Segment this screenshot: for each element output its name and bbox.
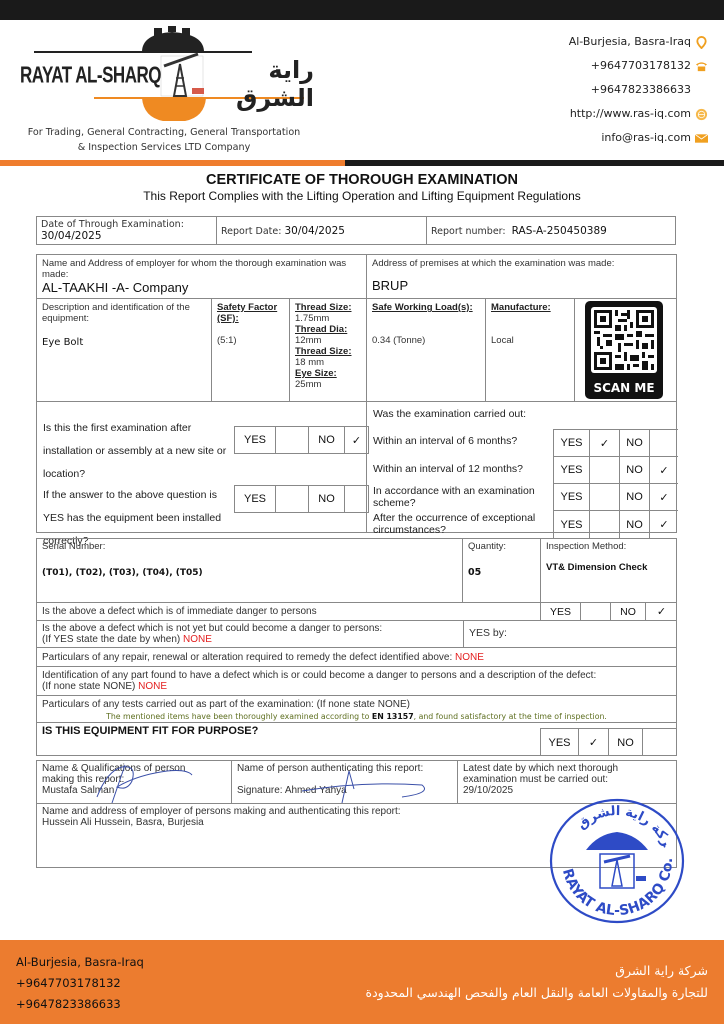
installed-correctly-no-label: NO — [309, 486, 345, 512]
footer-address: Al-Burjesia, Basra-Iraq — [16, 952, 144, 973]
signature-mark-icon — [292, 765, 432, 805]
thread-size-2-label: Thread Size: — [295, 346, 361, 357]
manufacture-cell: Manufacture: Local — [485, 298, 575, 402]
location-pin-icon — [695, 36, 708, 49]
swl-label: Safe Working Load(s): — [372, 302, 480, 313]
address-text: Al-Burjesia, Basra-Iraq — [569, 34, 691, 50]
inspection-method-value: VT& Dimension Check — [546, 562, 671, 573]
report-date-value: 30/04/2025 — [284, 225, 345, 237]
yes-by-cell: YES by: — [463, 620, 677, 648]
exceptional-circumstances-no-checkbox[interactable]: ✓ — [650, 511, 678, 538]
first-examination-answer: YES NO ✓ — [234, 426, 369, 454]
examination-form: Name and Address of employer for whom th… — [36, 254, 677, 870]
quantity-label: Quantity: — [468, 541, 535, 552]
interval-6-months-answer: YES ✓ NO — [554, 430, 678, 457]
tagline-line-2: & Inspection Services LTD Company — [14, 140, 314, 155]
company-tagline: For Trading, General Contracting, Genera… — [14, 125, 314, 155]
repair-label: Particulars of any repair, renewal or al… — [42, 652, 452, 663]
identification-value: NONE — [138, 681, 167, 692]
equipment-description-value: Eye Bolt — [42, 337, 206, 348]
company-logo: RAYAT AL-SHARQ راية الشرق — [14, 26, 314, 121]
yes-label: YES — [554, 430, 590, 456]
yes-label: YES — [554, 484, 590, 510]
next-examination-date: 29/10/2025 — [463, 785, 671, 796]
contact-phone-2[interactable]: +9647823386633 — [569, 78, 708, 102]
tests-value-text-end: , and found satisfactory at the time of … — [414, 712, 607, 721]
potential-danger-hint: (If YES state the date by when) — [42, 634, 180, 645]
fit-for-purpose-no-checkbox[interactable] — [643, 729, 677, 756]
tests-standard: EN 13157 — [372, 712, 414, 721]
employer-label: Name and Address of employer for whom th… — [42, 258, 361, 280]
footer-phone-2[interactable]: +9647823386633 — [16, 994, 144, 1015]
website-link[interactable]: http://www.ras-iq.com — [570, 106, 691, 122]
report-number-value: RAS-A-250450389 — [512, 225, 607, 237]
first-examination-yes-checkbox[interactable] — [276, 427, 309, 453]
premises-label: Address of premises at which the examina… — [372, 258, 671, 269]
yes-label: YES — [554, 457, 590, 483]
interval-6-months-yes-checkbox[interactable]: ✓ — [590, 430, 620, 456]
report-maker-cell: Name & Qualifications of person making t… — [36, 760, 232, 804]
company-stamp-icon: RAYAT AL-SHARQ Co. شركة راية الشرق — [548, 798, 686, 924]
yes-by-label: YES by: — [469, 628, 671, 639]
no-label: NO — [611, 602, 646, 621]
tests-label: Particulars of any tests carried out as … — [42, 699, 671, 710]
immediate-danger-no-checkbox[interactable]: ✓ — [646, 602, 677, 621]
equipment-description-label: Description and identification of the eq… — [42, 302, 206, 324]
safety-factor-cell: Safety Factor (SF): (5:1) — [211, 298, 290, 402]
phone-1-text[interactable]: +9647703178132 — [591, 58, 691, 74]
repair-value: NONE — [455, 652, 484, 663]
pump-jack-icon — [161, 54, 204, 96]
immediate-danger-yes-checkbox[interactable] — [581, 602, 611, 621]
identification-row: Identification of any part found to have… — [36, 666, 677, 696]
first-examination-no-label: NO — [309, 427, 345, 453]
top-bar — [0, 0, 724, 20]
employer-value: AL-TAAKHI -A- Company — [42, 280, 361, 295]
quantity-cell: Quantity: 05 — [462, 538, 541, 603]
thread-size-label: Thread Size: — [295, 302, 361, 313]
tests-row: Particulars of any tests carried out as … — [36, 695, 677, 723]
tagline-line-1: For Trading, General Contracting, Genera… — [14, 125, 314, 140]
exceptional-circumstances-yes-checkbox[interactable] — [590, 511, 620, 538]
examination-date-value: 30/04/2025 — [41, 230, 102, 242]
first-examination-no-checkbox[interactable]: ✓ — [345, 427, 368, 453]
serial-number-cell: Serial Number: (T01), (T02), (T03), (T04… — [36, 538, 463, 603]
telephone-icon — [695, 60, 708, 73]
yes-label: YES — [541, 729, 579, 756]
contact-website[interactable]: http://www.ras-iq.com — [569, 102, 708, 126]
report-number-label: Report number: — [431, 226, 506, 237]
interval-6-months-question: Within an interval of 6 months? — [373, 430, 517, 453]
identification-hint: (If none state NONE) — [42, 681, 135, 692]
potential-danger-cell: Is the above a defect which is not yet b… — [36, 620, 464, 648]
first-examination-section: Is this the first examination after inst… — [36, 401, 367, 533]
installed-correctly-answer: YES NO — [234, 485, 369, 513]
safety-factor-label: Safety Factor (SF): — [217, 302, 284, 324]
header-divider-dark — [345, 160, 724, 166]
installed-correctly-no-checkbox[interactable] — [345, 486, 368, 512]
yes-label: YES — [554, 511, 590, 538]
report-number-cell: Report number: RAS-A-250450389 — [427, 217, 676, 245]
report-info-table: Date of Through Examination: 30/04/2025 … — [36, 216, 676, 245]
header-divider-orange — [0, 160, 345, 166]
thread-dia-label: Thread Dia: — [295, 324, 361, 335]
contact-email[interactable]: info@ras-iq.com — [569, 126, 708, 150]
employer-cell: Name and Address of employer for whom th… — [36, 254, 367, 299]
qr-code[interactable]: SCAN ME — [585, 301, 663, 399]
logo-arabic-text: راية الشرق — [210, 56, 314, 112]
interval-6-months-no-checkbox[interactable] — [650, 430, 678, 456]
no-label: NO — [609, 729, 643, 756]
swl-value: 0.34 (Tonne) — [372, 335, 480, 346]
report-date-label: Report Date: — [221, 226, 281, 237]
authenticator-cell: Name of person authenticating this repor… — [231, 760, 458, 804]
yes-label: YES — [541, 602, 581, 621]
repair-row: Particulars of any repair, renewal or al… — [36, 647, 677, 667]
examination-scheme-answer: YES NO ✓ — [554, 484, 678, 511]
examination-interval-section: Was the examination carried out: Within … — [366, 401, 677, 533]
certificate-subtitle: This Report Complies with the Lifting Op… — [0, 189, 724, 203]
premises-value: BRUP — [372, 278, 671, 293]
certificate-title: CERTIFICATE OF THOROUGH EXAMINATION — [0, 172, 724, 188]
potential-danger-label: Is the above a defect which is not yet b… — [42, 623, 458, 634]
examination-scheme-no-checkbox[interactable]: ✓ — [650, 484, 678, 510]
inspection-method-label: Inspection Method: — [546, 541, 671, 552]
exceptional-circumstances-question: After the occurrence of exceptional circ… — [373, 512, 553, 536]
email-link[interactable]: info@ras-iq.com — [601, 130, 691, 146]
footer-arabic-name: شركة راية الشرق للتجارة والمقاولات العام… — [366, 960, 708, 1004]
no-label: NO — [620, 484, 650, 510]
examination-date-cell: Date of Through Examination: 30/04/2025 — [37, 217, 217, 245]
eye-size-label: Eye Size: — [295, 368, 361, 379]
footer-arabic-line-1: شركة راية الشرق — [366, 960, 708, 982]
premises-cell: Address of premises at which the examina… — [366, 254, 677, 299]
manufacture-value: Local — [491, 335, 569, 346]
safety-factor-value: (5:1) — [217, 335, 284, 346]
interval-12-months-yes-checkbox[interactable] — [590, 457, 620, 483]
footer-arabic-line-2: للتجارة والمقاولات العامة والنقل العام و… — [366, 982, 708, 1004]
manufacture-label: Manufacture: — [491, 302, 569, 313]
contact-address: Al-Burjesia, Basra-Iraq — [569, 30, 708, 54]
potential-danger-value: NONE — [183, 634, 212, 645]
exceptional-circumstances-answer: YES NO ✓ — [554, 511, 678, 538]
examination-date-label: Date of Through Examination: — [41, 219, 184, 230]
envelope-icon — [695, 132, 708, 145]
examination-scheme-question: In accordance with an examination scheme… — [373, 485, 553, 509]
no-label: NO — [620, 511, 650, 538]
next-examination-label: Latest date by which next thorough exami… — [463, 763, 653, 785]
tests-value-text: The mentioned items have been thoroughly… — [106, 712, 369, 721]
scan-me-label: SCAN ME — [585, 381, 663, 395]
interval-12-months-no-checkbox[interactable]: ✓ — [650, 457, 678, 483]
report-date-cell: Report Date: 30/04/2025 — [217, 217, 427, 245]
identification-label: Identification of any part found to have… — [42, 670, 671, 681]
thread-size-2-value: 18 mm — [295, 357, 361, 368]
interval-12-months-answer: YES NO ✓ — [554, 457, 678, 484]
no-label: NO — [620, 430, 650, 456]
equipment-description-cell: Description and identification of the eq… — [36, 298, 212, 402]
phone-2-text[interactable]: +9647823386633 — [591, 82, 691, 98]
first-examination-yes-label: YES — [235, 427, 276, 453]
eye-size-value: 25mm — [295, 379, 361, 390]
thread-specs-cell: Thread Size: 1.75mm Thread Dia: 12mm Thr… — [289, 298, 367, 402]
serial-number-label: Serial Number: — [42, 541, 457, 552]
footer-contacts: Al-Burjesia, Basra-Iraq +9647703178132 +… — [16, 952, 144, 1015]
interval-answers-grid: YES ✓ NO YES NO ✓ YES NO ✓ YES NO — [553, 429, 678, 538]
installed-correctly-yes-label: YES — [235, 486, 276, 512]
immediate-danger-answer: YES NO ✓ — [540, 602, 677, 621]
tests-value: The mentioned items have been thoroughly… — [42, 712, 671, 721]
examination-interval-heading: Was the examination carried out: — [373, 408, 526, 420]
thread-dia-value: 12mm — [295, 335, 361, 346]
serial-number-value: (T01), (T02), (T03), (T04), (T05) — [42, 568, 457, 578]
contact-phone-1[interactable]: +9647703178132 — [569, 54, 708, 78]
first-examination-question: Is this the first examination after inst… — [43, 417, 233, 486]
installed-correctly-yes-checkbox[interactable] — [276, 486, 309, 512]
swl-cell: Safe Working Load(s): 0.34 (Tonne) — [366, 298, 486, 402]
thread-size-value: 1.75mm — [295, 313, 361, 324]
fit-for-purpose-yes-checkbox[interactable]: ✓ — [579, 729, 609, 756]
contact-info: Al-Burjesia, Basra-Iraq +9647703178132 +… — [569, 30, 708, 150]
examination-scheme-yes-checkbox[interactable] — [590, 484, 620, 510]
fit-for-purpose-answer: YES ✓ NO — [540, 728, 677, 756]
qr-code-icon — [591, 307, 657, 373]
footer: Al-Burjesia, Basra-Iraq +9647703178132 +… — [0, 940, 724, 1024]
signature-mark-icon — [77, 761, 197, 805]
quantity-value: 05 — [468, 567, 535, 578]
logo-english-text: RAYAT AL-SHARQ — [20, 62, 161, 89]
footer-phone-1[interactable]: +9647703178132 — [16, 973, 144, 994]
globe-icon — [695, 108, 708, 121]
interval-12-months-question: Within an interval of 12 months? — [373, 458, 523, 481]
no-label: NO — [620, 457, 650, 483]
inspection-method-cell: Inspection Method: VT& Dimension Check — [540, 538, 677, 603]
